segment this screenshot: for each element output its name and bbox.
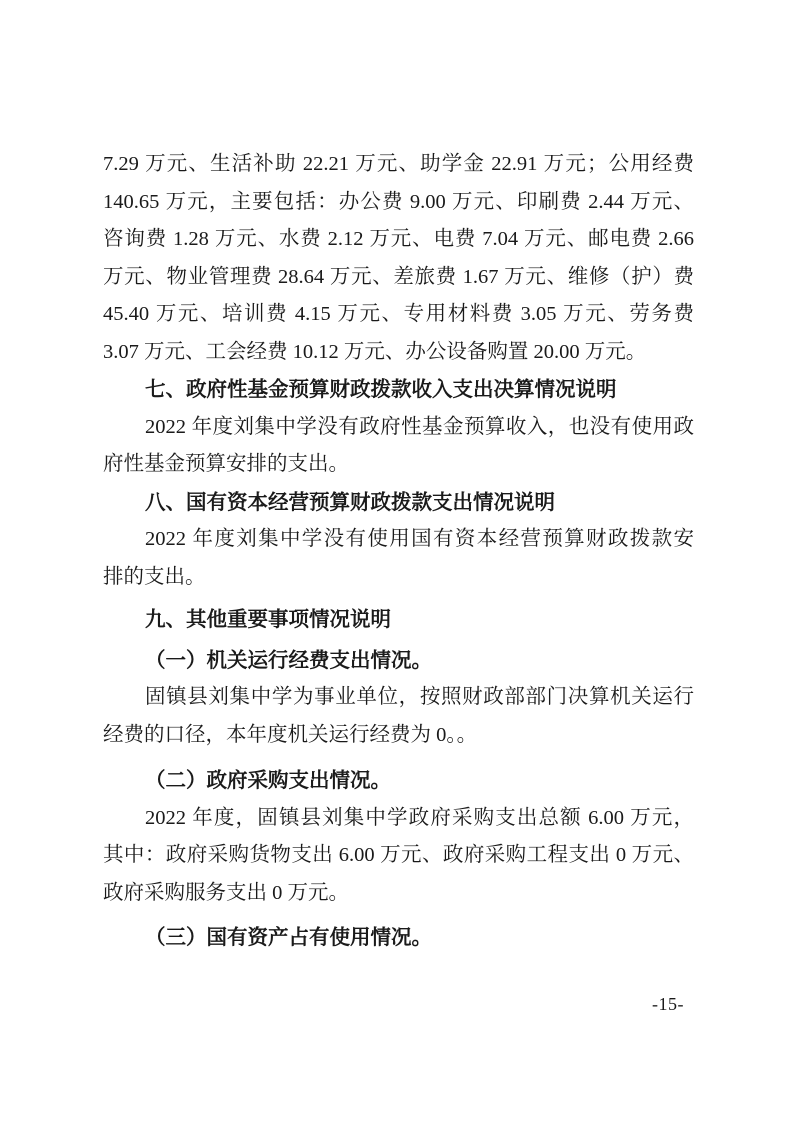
body-text-line: 3.07 万元、工会经费 10.12 万元、办公设备购置 20.00 万元。 <box>103 334 694 372</box>
heading-section-7: 七、政府性基金预算财政拨款收入支出决算情况说明 <box>103 371 694 409</box>
body-text-line: 其中：政府采购货物支出 6.00 万元、政府采购工程支出 0 万元、 <box>103 837 694 875</box>
body-text-line: 2022 年度刘集中学没有政府性基金预算收入，也没有使用政 <box>103 409 694 447</box>
body-text-line: 7.29 万元、生活补助 22.21 万元、助学金 22.91 万元；公用经费 <box>103 146 694 184</box>
body-text-line: 2022 年度刘集中学没有使用国有资本经营预算财政拨款安 <box>103 521 694 559</box>
page-number: -15- <box>652 993 684 1015</box>
body-text-line: 经费的口径，本年度机关运行经费为 0。。 <box>103 717 694 755</box>
heading-subsection-2: （二）政府采购支出情况。 <box>103 762 694 800</box>
body-text-line: 咨询费 1.28 万元、水费 2.12 万元、电费 7.04 万元、邮电费 2.… <box>103 221 694 259</box>
heading-subsection-1: （一）机关运行经费支出情况。 <box>103 642 694 680</box>
document-text-block: 7.29 万元、生活补助 22.21 万元、助学金 22.91 万元；公用经费 … <box>103 146 694 957</box>
heading-subsection-3: （三）国有资产占有使用情况。 <box>103 919 694 957</box>
body-text-line: 万元、物业管理费 28.64 万元、差旅费 1.67 万元、维修（护）费 <box>103 259 694 297</box>
body-text-line: 排的支出。 <box>103 559 694 597</box>
heading-section-8: 八、国有资本经营预算财政拨款支出情况说明 <box>103 484 694 522</box>
body-text-line: 45.40 万元、培训费 4.15 万元、专用材料费 3.05 万元、劳务费 <box>103 296 694 334</box>
body-text-line: 政府采购服务支出 0 万元。 <box>103 875 694 913</box>
document-page: 7.29 万元、生活补助 22.21 万元、助学金 22.91 万元；公用经费 … <box>0 0 793 1122</box>
body-text-line: 府性基金预算安排的支出。 <box>103 446 694 484</box>
heading-section-9: 九、其他重要事项情况说明 <box>103 601 694 639</box>
body-text-line: 140.65 万元，主要包括：办公费 9.00 万元、印刷费 2.44 万元、 <box>103 184 694 222</box>
body-text-line: 固镇县刘集中学为事业单位，按照财政部部门决算机关运行 <box>103 679 694 717</box>
body-text-line: 2022 年度，固镇县刘集中学政府采购支出总额 6.00 万元， <box>103 800 694 838</box>
